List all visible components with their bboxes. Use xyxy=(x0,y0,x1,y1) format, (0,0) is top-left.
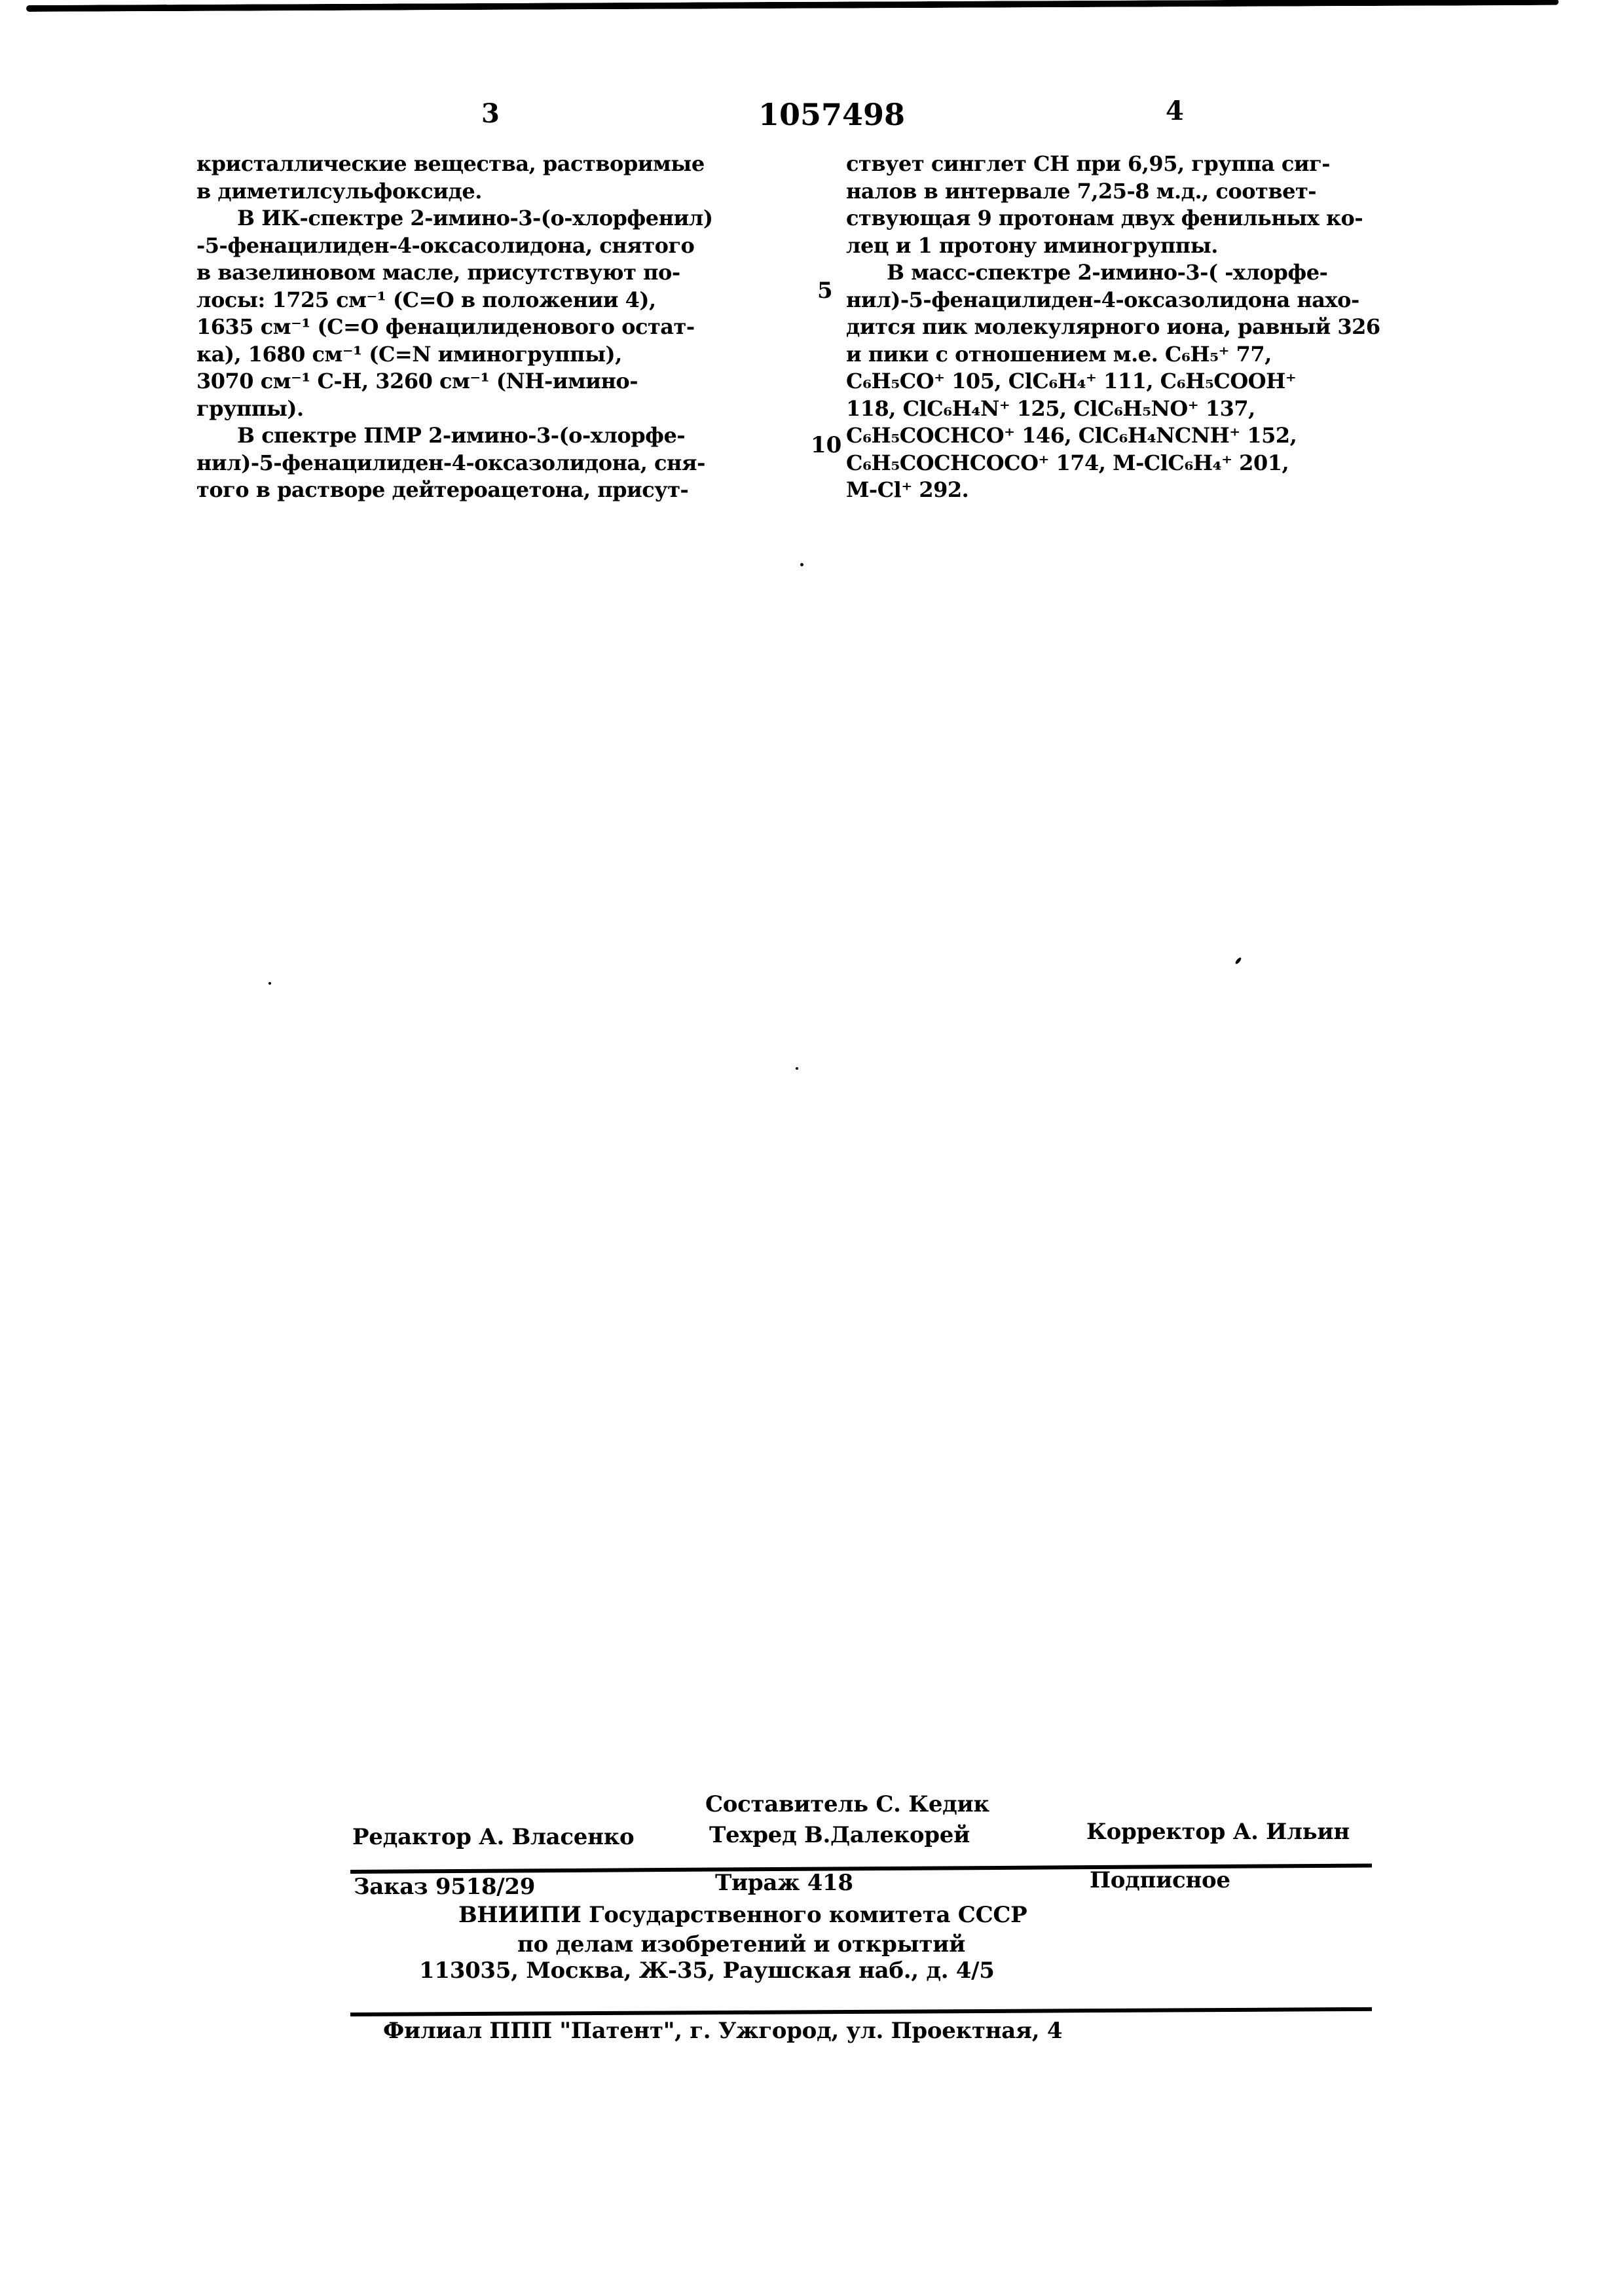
top-border-rule xyxy=(26,0,1559,12)
text-line: нил)-5-фенацилиден-4-оксазолидона, сня- xyxy=(196,450,815,477)
compiler-credit: Составитель С. Кедик xyxy=(705,1791,989,1817)
text-line: ствует синглет СН при 6,95, группа сиг- xyxy=(846,151,1475,178)
text-line: В масс-спектре 2-имино-3-( -хлорфе- xyxy=(846,259,1475,287)
text-line: ствующая 9 протонам двух фенильных ко- xyxy=(846,205,1475,232)
text-line: -5-фенацилиден-4-оксасолидона, снятого xyxy=(196,232,815,260)
margin-line-number-5: 5 xyxy=(817,278,833,304)
text-line: M-Cl⁺ 292. xyxy=(846,477,1475,504)
scan-artifact xyxy=(796,1067,798,1070)
text-line: дится пик молекулярного иона, равный 326 xyxy=(846,314,1475,341)
text-line: 118, ClC₆H₄N⁺ 125, ClC₆H₅NO⁺ 137, xyxy=(846,395,1475,423)
text-line: В спектре ПМР 2-имино-3-(о-хлорфе- xyxy=(196,422,815,450)
text-line: лосы: 1725 см⁻¹ (С=О в положении 4), xyxy=(196,287,815,314)
scan-artifact xyxy=(1234,957,1242,964)
patent-number: 1057498 xyxy=(758,97,905,132)
scan-artifact xyxy=(268,982,271,985)
text-line: того в растворе дейтероацетона, присут- xyxy=(196,477,815,504)
text-line: лец и 1 протону иминогруппы. xyxy=(846,232,1475,260)
right-page-number: 4 xyxy=(1166,96,1184,126)
text-line: ка), 1680 см⁻¹ (С=N иминогруппы), xyxy=(196,341,815,369)
text-line: в диметилсульфоксиде. xyxy=(196,178,815,206)
text-line: налов в интервале 7,25-8 м.д., соответ- xyxy=(846,178,1475,206)
right-text-column: ствует синглет СН при 6,95, группа сиг-н… xyxy=(846,151,1475,504)
text-line: В ИК-спектре 2-имино-3-(о-хлорфенил) xyxy=(196,205,815,232)
text-line: группы). xyxy=(196,395,815,423)
text-line: C₆H₅COCHCO⁺ 146, ClC₆H₄NCNH⁺ 152, xyxy=(846,422,1475,450)
corrector-credit: Корректор А. Ильин xyxy=(1086,1819,1350,1845)
branch-address: Филиал ППП "Патент", г. Ужгород, ул. Про… xyxy=(383,2018,1062,2044)
text-line: 1635 см⁻¹ (С=О фенацилиденового остат- xyxy=(196,314,815,341)
footer-rule-bottom xyxy=(350,2007,1372,2016)
text-line: 3070 см⁻¹ С-Н, 3260 см⁻¹ (NH-имино- xyxy=(196,368,815,395)
editor-credit: Редактор А. Власенко xyxy=(352,1824,634,1850)
text-line: C₆H₅COCHCOCO⁺ 174, M-ClC₆H₄⁺ 201, xyxy=(846,450,1475,477)
order-number: Заказ 9518/29 xyxy=(354,1874,535,1900)
text-line: нил)-5-фенацилиден-4-оксазолидона нахо- xyxy=(846,287,1475,314)
circulation: Тираж 418 xyxy=(715,1870,853,1896)
text-line: C₆H₅CO⁺ 105, ClC₆H₄⁺ 111, C₆H₅COOH⁺ xyxy=(846,368,1475,395)
margin-line-number-10: 10 xyxy=(811,432,841,458)
techred-credit: Техред В.Далекорей xyxy=(709,1822,970,1848)
text-line: кристаллические вещества, растворимые xyxy=(196,151,815,178)
organization-line-2: по делам изобретений и открытий xyxy=(517,1931,965,1958)
text-line: и пики с отношением м.е. C₆H₅⁺ 77, xyxy=(846,341,1475,369)
scan-artifact xyxy=(800,563,803,566)
subscription-note: Подписное xyxy=(1090,1867,1230,1893)
left-page-number: 3 xyxy=(481,98,500,129)
left-text-column: кристаллические вещества, растворимыев д… xyxy=(196,151,815,504)
organization-line-1: ВНИИПИ Государственного комитета СССР xyxy=(458,1902,1027,1928)
text-line: в вазелиновом масле, присутствуют по- xyxy=(196,259,815,287)
organization-address: 113035, Москва, Ж-35, Раушская наб., д. … xyxy=(419,1958,995,1984)
